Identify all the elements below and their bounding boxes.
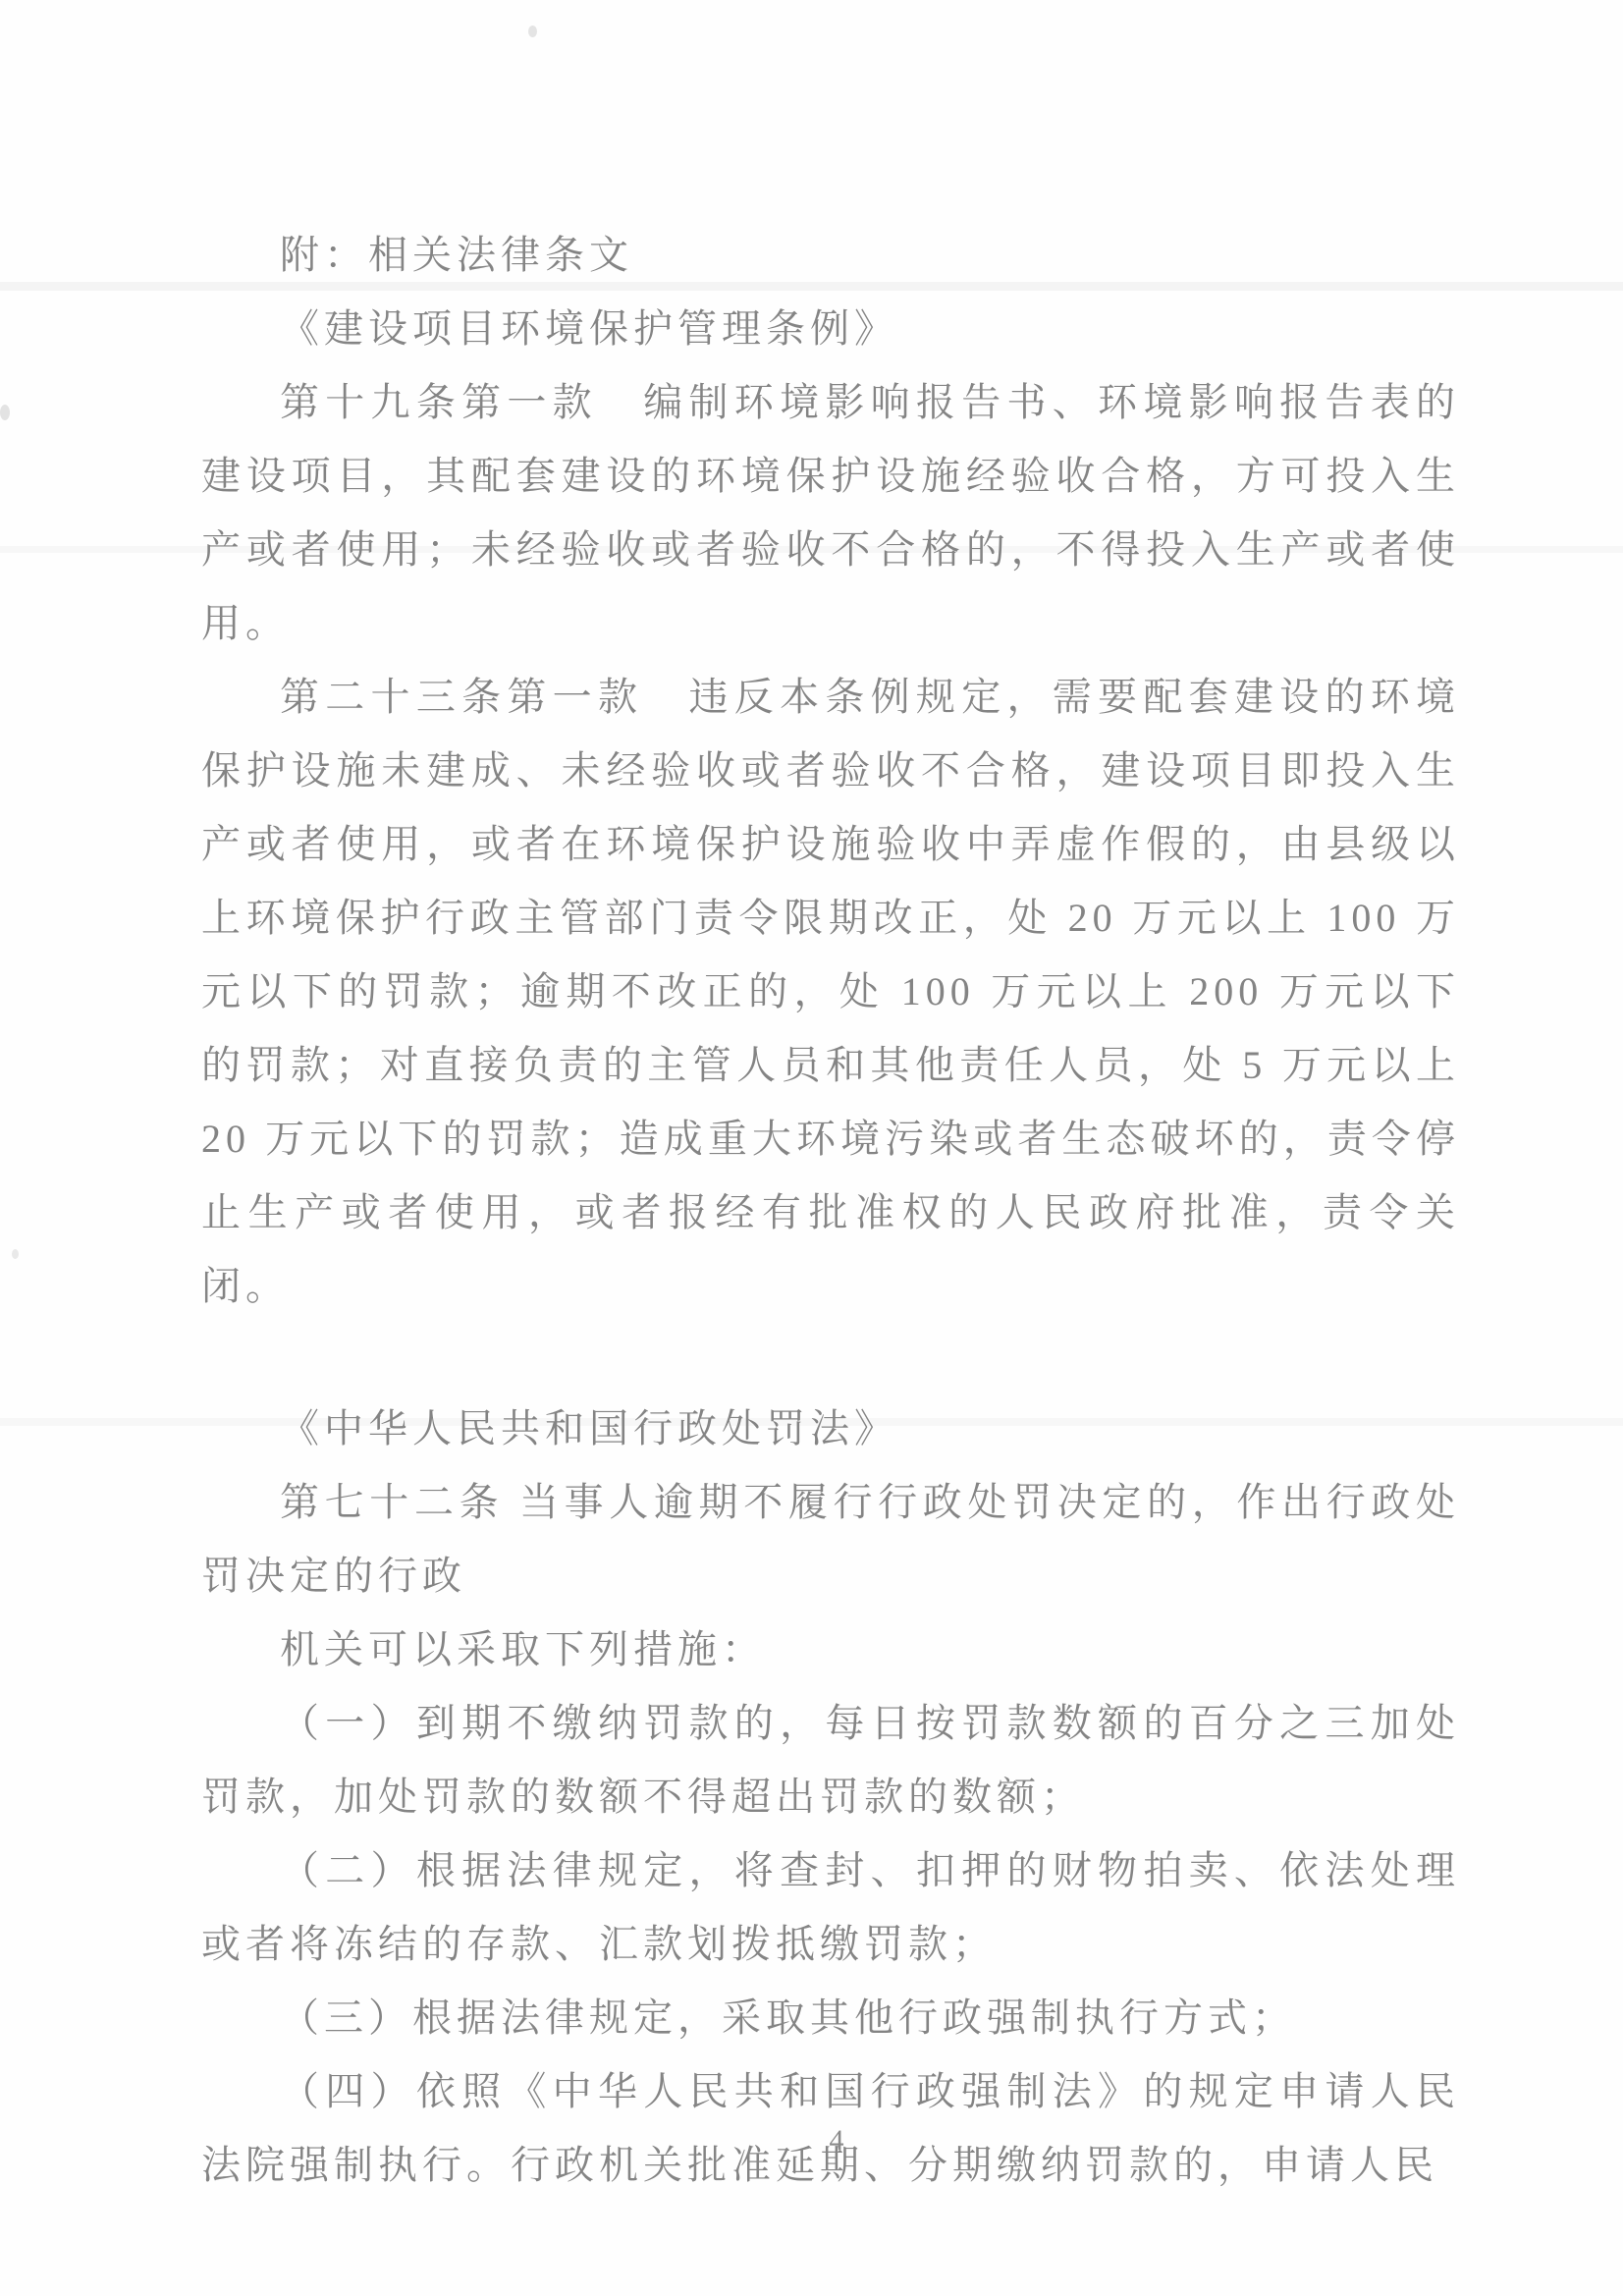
paragraph: （二）根据法律规定，将查封、扣押的财物拍卖、依法处理或者将冻结的存款、汇款划拨抵… — [201, 1833, 1460, 1981]
scan-smudge — [12, 1249, 19, 1259]
paragraph: 第二十三条第一款 违反本条例规定，需要配套建设的环境保护设施未建成、未经验收或者… — [201, 660, 1460, 1323]
paragraph: 《中华人民共和国行政处罚法》 — [201, 1392, 1460, 1465]
scan-smudge — [528, 26, 537, 37]
document-page: 附：相关法律条文《建设项目环境保护管理条例》第十九条第一款 编制环境影响报告书、… — [0, 0, 1623, 2296]
paragraph: 附：相关法律条文 — [201, 218, 1460, 292]
paragraph: 第七十二条 当事人逾期不履行行政处罚决定的，作出行政处罚决定的行政 — [201, 1465, 1460, 1613]
scan-smudge — [0, 405, 10, 420]
paragraph: （一）到期不缴纳罚款的，每日按罚款数额的百分之三加处罚款，加处罚款的数额不得超出… — [201, 1686, 1460, 1833]
paragraph: 机关可以采取下列措施： — [201, 1613, 1460, 1686]
paragraph: （三）根据法律规定，采取其他行政强制执行方式； — [201, 1981, 1460, 2054]
paragraph: 第十九条第一款 编制环境影响报告书、环境影响报告表的建设项目，其配套建设的环境保… — [201, 365, 1460, 660]
paragraph: 《建设项目环境保护管理条例》 — [201, 292, 1460, 365]
legal-text: 附：相关法律条文《建设项目环境保护管理条例》第十九条第一款 编制环境影响报告书、… — [201, 218, 1460, 2202]
page-number: 4 — [830, 2121, 844, 2160]
